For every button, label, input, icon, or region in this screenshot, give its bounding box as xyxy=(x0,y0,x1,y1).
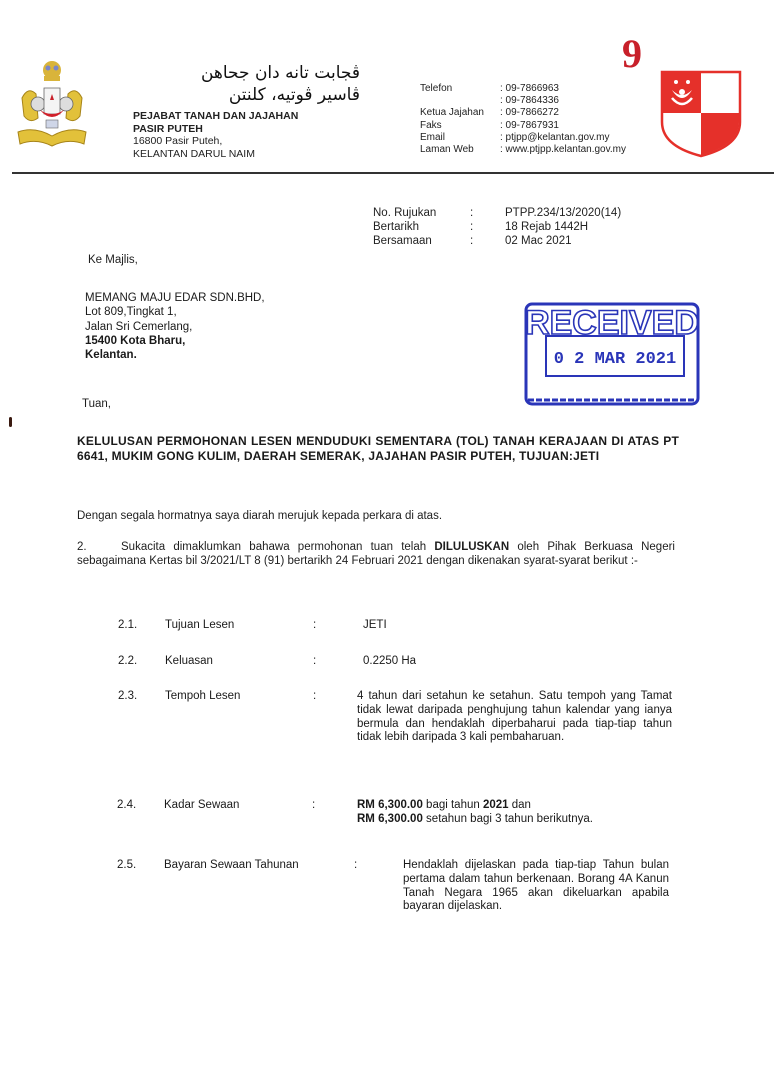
address-line-1: 16800 Pasir Puteh, xyxy=(133,135,298,148)
greeting: Tuan, xyxy=(82,397,111,411)
recipient-address: MEMANG MAJU EDAR SDN.BHD, Lot 809,Tingka… xyxy=(85,291,265,362)
reference-block: No. Rujukan:PTPP.234/13/2020(14) Bertari… xyxy=(373,206,621,248)
condition-item: 2.4. Kadar Sewaan : RM 6,300.00 bagi tah… xyxy=(117,799,677,833)
letterhead-divider xyxy=(12,172,774,174)
condition-item: 2.3. Tempoh Lesen : 4 tahun dari setahun… xyxy=(118,690,678,780)
kelantan-coat-of-arms-icon xyxy=(14,58,90,154)
reference-number: PTPP.234/13/2020(14) xyxy=(505,206,621,220)
condition-item: 2.5. Bayaran Sewaan Tahunan : Hendaklah … xyxy=(117,859,677,959)
license-period: 4 tahun dari setahun ke setahun. Satu te… xyxy=(357,690,672,745)
annual-rent-payment: Hendaklah dijelaskan pada tiap-tiap Tahu… xyxy=(403,859,669,914)
reference-row: No. Rujukan:PTPP.234/13/2020(14) xyxy=(373,206,621,220)
letter-subject: KELULUSAN PERMOHONAN LESEN MENDUDUKI SEM… xyxy=(77,434,679,463)
jawi-line-2: ڤاسير ڤوتيه، كلنتن xyxy=(150,84,360,106)
email-link[interactable]: : ptjpp@kelantan.gov.my xyxy=(500,132,609,144)
office-address: PEJABAT TANAH DAN JAJAHAN PASIR PUTEH 16… xyxy=(133,110,298,160)
land-area: 0.2250 Ha xyxy=(363,655,416,669)
org-name-line-2: PASIR PUTEH xyxy=(133,123,298,136)
contact-row-website: Laman Web: www.ptjpp.kelantan.gov.my xyxy=(420,144,626,156)
condition-item: 2.2. Keluasan : 0.2250 Ha xyxy=(118,655,678,671)
recipient-name: MEMANG MAJU EDAR SDN.BHD, xyxy=(85,291,265,305)
approval-status: DILULUSKAN xyxy=(434,541,509,553)
license-purpose: JETI xyxy=(363,619,387,633)
margin-mark xyxy=(9,417,12,427)
gregorian-date: 02 Mac 2021 xyxy=(505,234,572,248)
contact-row: Telefon: 09-7866963 xyxy=(420,83,626,95)
hijri-date: 18 Rejab 1442H xyxy=(505,220,588,234)
salutation-to: Ke Majlis, xyxy=(88,253,138,267)
condition-item: 2.1. Tujuan Lesen : JETI xyxy=(118,619,678,635)
kelantan-state-shield-icon xyxy=(660,70,742,158)
reference-row: Bersamaan:02 Mac 2021 xyxy=(373,234,621,248)
paragraph-2: 2.Sukacita dimaklumkan bahawa permohonan… xyxy=(77,540,675,568)
address-line-2: KELANTAN DARUL NAIM xyxy=(133,148,298,161)
contact-row: Ketua Jajahan: 09-7866272 xyxy=(420,107,626,119)
office-name-jawi: ڤجابت تانه دان جحاهن ڤاسير ڤوتيه، كلنتن xyxy=(150,62,360,106)
reference-row: Bertarikh:18 Rejab 1442H xyxy=(373,220,621,234)
contact-details: Telefon: 09-7866963 : 09-7864336 Ketua J… xyxy=(420,83,626,156)
page-number: 9 xyxy=(622,30,642,77)
rental-rate: RM 6,300.00 bagi tahun 2021 dan RM 6,300… xyxy=(357,799,697,827)
contact-row: Faks: 09-7867931 xyxy=(420,120,626,132)
received-stamp: RECEIVED 0 2 MAR 2021 xyxy=(522,300,702,410)
org-name-line-1: PEJABAT TANAH DAN JAJAHAN xyxy=(133,110,298,123)
svg-text:0 2 MAR 2021: 0 2 MAR 2021 xyxy=(554,350,676,369)
jawi-line-1: ڤجابت تانه دان جحاهن xyxy=(150,62,360,84)
website-link[interactable]: : www.ptjpp.kelantan.gov.my xyxy=(500,144,626,156)
contact-row: : 09-7864336 xyxy=(420,95,626,107)
contact-row-email: Email: ptjpp@kelantan.gov.my xyxy=(420,132,626,144)
intro-paragraph: Dengan segala hormatnya saya diarah meru… xyxy=(77,509,442,523)
